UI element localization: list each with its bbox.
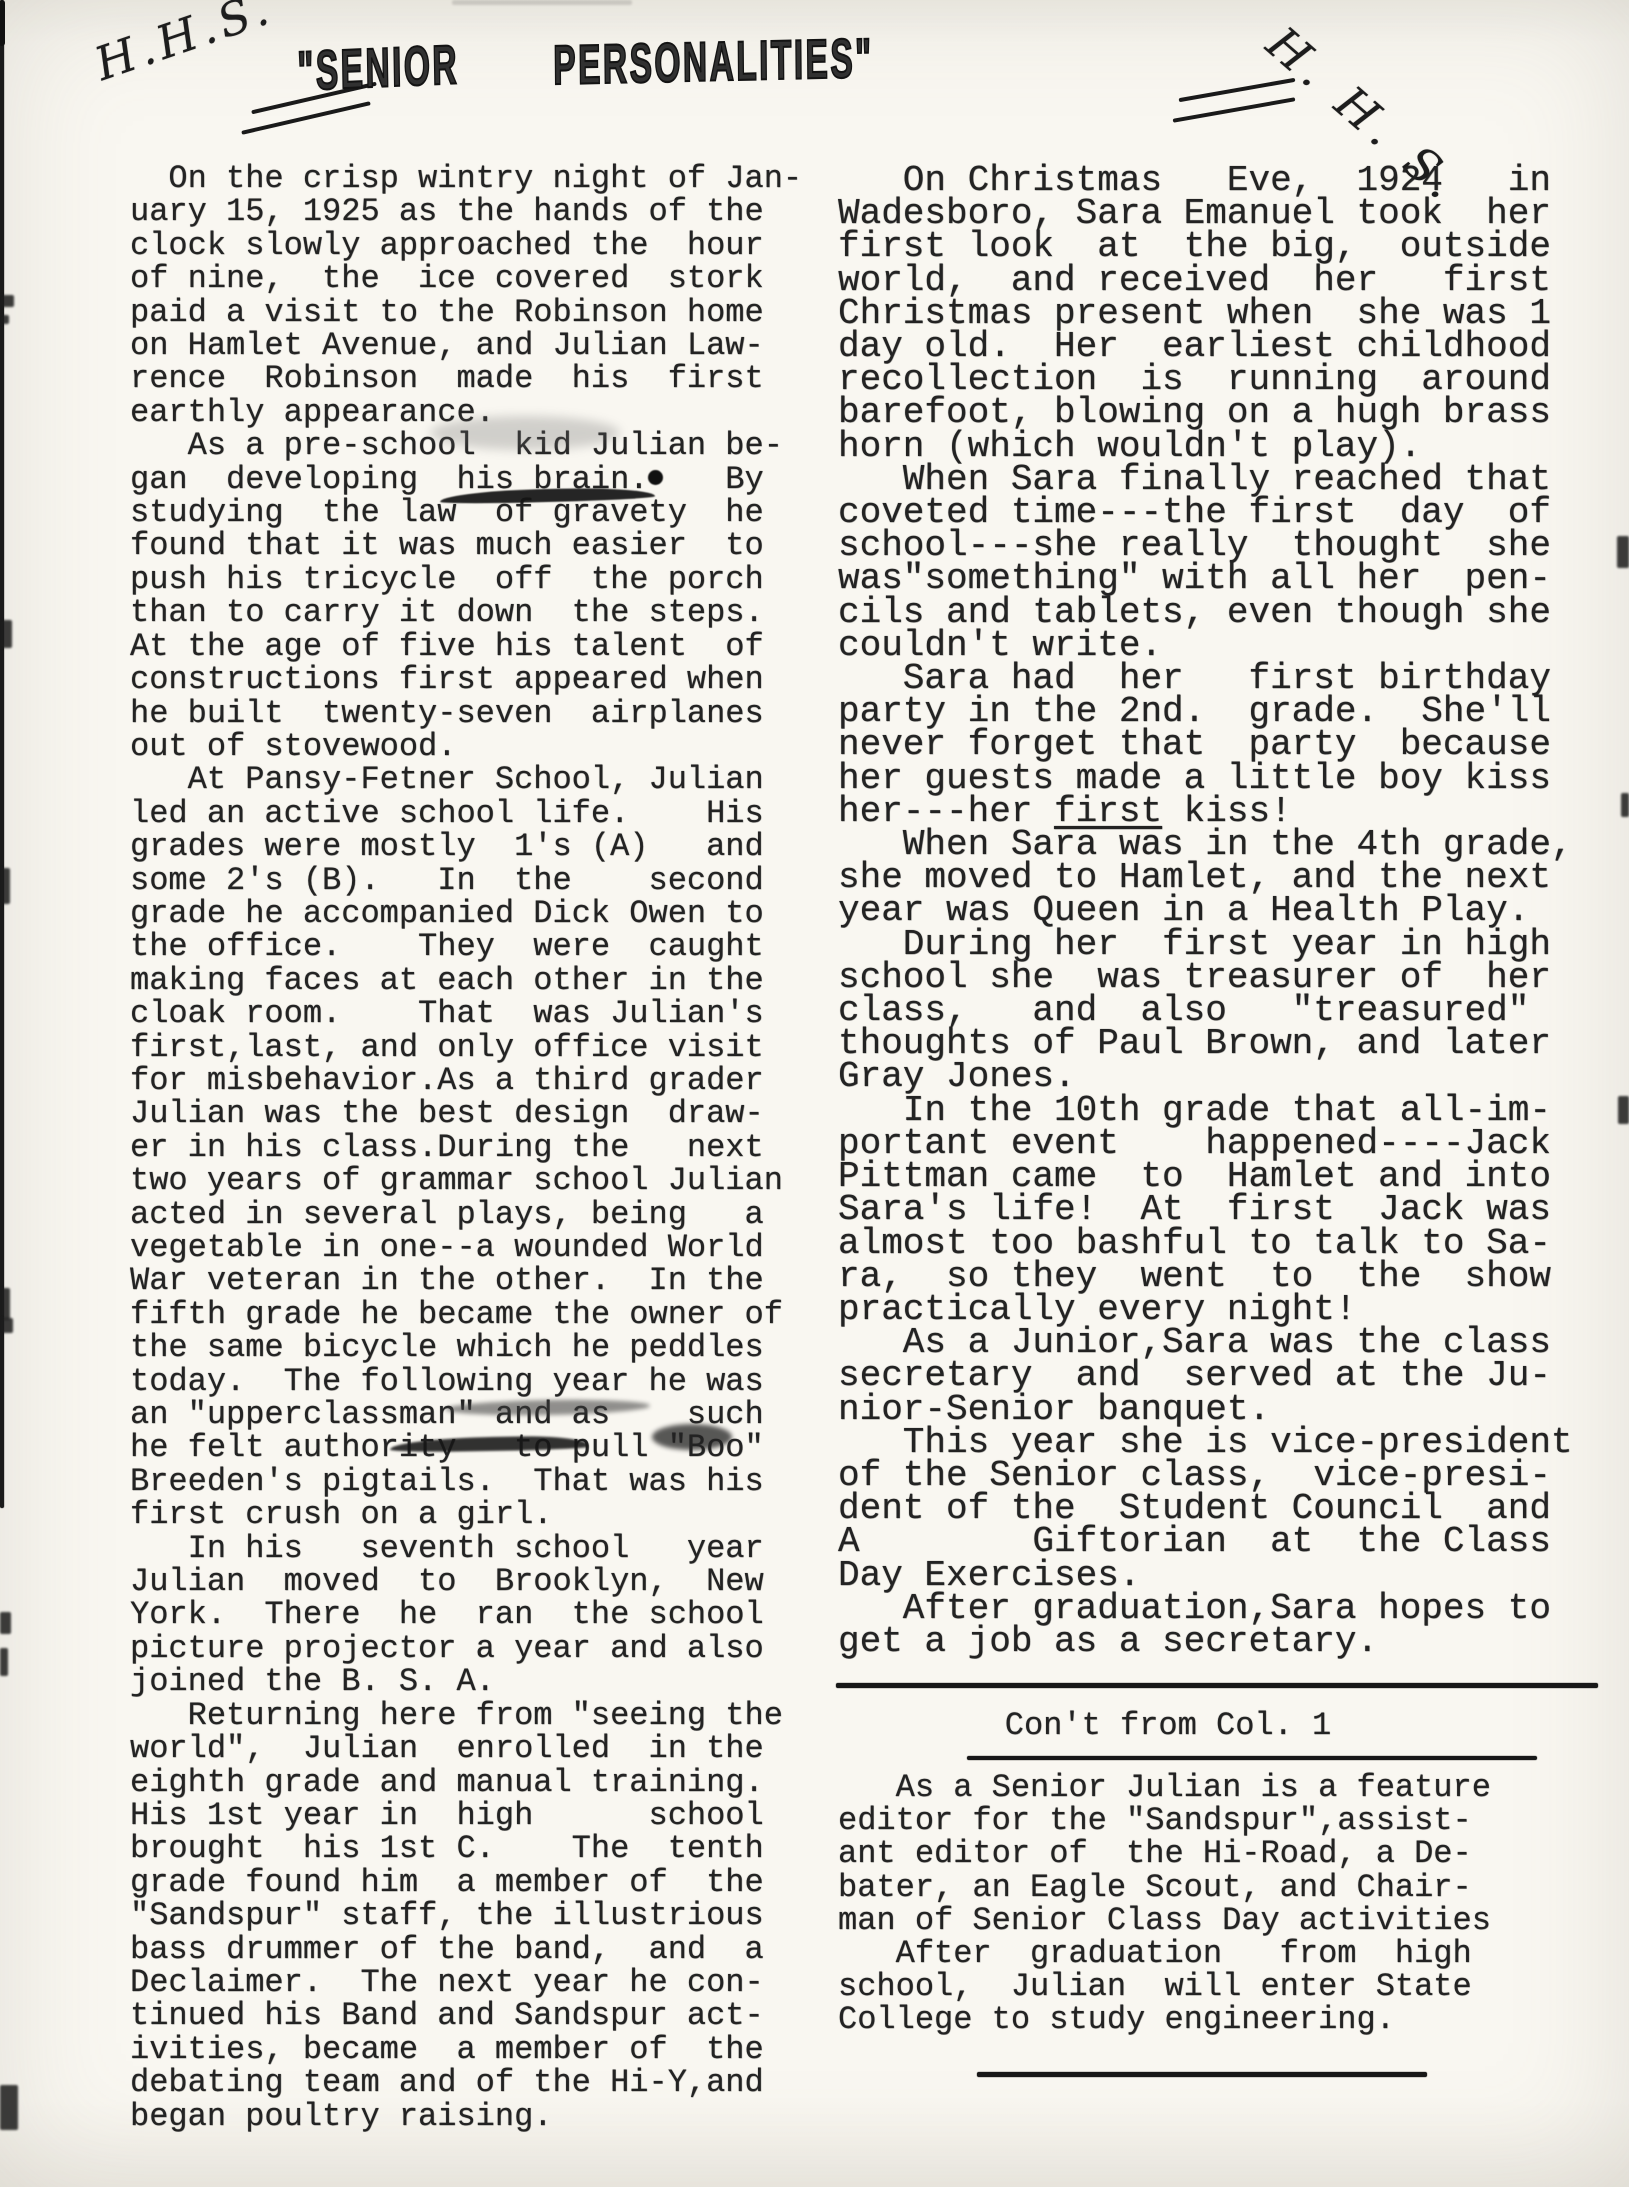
typewritten-line: making faces at each other in the xyxy=(130,964,802,997)
typewritten-line: In his seventh school year xyxy=(130,1532,802,1565)
typewritten-line: acted in several plays, being a xyxy=(130,1198,802,1231)
typewritten-line: ant editor of the Hi-Road, a De- xyxy=(838,1837,1491,1870)
typewritten-line: After graduation,Sara hopes to xyxy=(838,1592,1573,1625)
typewritten-line: editor for the "Sandspur",assist- xyxy=(838,1804,1491,1837)
typewritten-line: grades were mostly 1's (A) and xyxy=(130,830,802,863)
bottom-rule xyxy=(977,2072,1427,2077)
typewritten-line: found that it was much easier to xyxy=(130,529,802,562)
typewritten-line: Gray Jones. xyxy=(838,1060,1573,1093)
typewritten-line: year was Queen in a Health Play. xyxy=(838,894,1573,927)
typewritten-line: College to study engineering. xyxy=(838,2003,1491,2036)
typewritten-line: er in his class.During the next xyxy=(130,1131,802,1164)
typewritten-line: of nine, the ice covered stork xyxy=(130,262,802,295)
typewritten-line: eighth grade and manual training. xyxy=(130,1766,802,1799)
scan-artifact xyxy=(0,2085,18,2130)
typewritten-line: first crush on a girl. xyxy=(130,1498,802,1531)
typewritten-line: cloak room. That was Julian's xyxy=(130,997,802,1030)
column-1-text: On the crisp wintry night of Jan-uary 15… xyxy=(130,162,802,2133)
column-2-text: On Christmas Eve, 1924 inWadesboro, Sara… xyxy=(838,164,1573,1658)
typewritten-line: bater, an Eagle Scout, and Chair- xyxy=(838,1871,1491,1904)
typewritten-line: A Giftorian at the Class xyxy=(838,1525,1573,1558)
typewritten-line: constructions first appeared when xyxy=(130,663,802,696)
typewritten-line: Julian moved to Brooklyn, New xyxy=(130,1565,802,1598)
typewritten-line: As a Senior Julian is a feature xyxy=(838,1771,1491,1804)
typewritten-line: bass drummer of the band, and a xyxy=(130,1933,802,1966)
typewritten-line: led an active school life. His xyxy=(130,797,802,830)
scan-artifact xyxy=(0,1318,13,1333)
typewritten-line: horn (which wouldn't play). xyxy=(838,430,1573,463)
typewritten-line: secretary and served at the Ju- xyxy=(838,1359,1573,1392)
typewritten-line: on Hamlet Avenue, and Julian Law- xyxy=(130,329,802,362)
scanned-newspaper-page: H.H.S. "SENIOR PERSONALITIES" H. H. S. O… xyxy=(0,0,1629,2187)
typewritten-line: Declaimer. The next year he con- xyxy=(130,1966,802,1999)
typewritten-line: man of Senior Class Day activities xyxy=(838,1904,1491,1937)
typewritten-line: some 2's (B). In the second xyxy=(130,864,802,897)
typewritten-line: an "upperclassman" and as such xyxy=(130,1398,802,1431)
typewritten-line: grade he accompanied Dick Owen to xyxy=(130,897,802,930)
typewritten-line: At the age of five his talent of xyxy=(130,630,802,663)
scan-artifact xyxy=(0,1612,11,1634)
typewritten-line: War veteran in the other. In the xyxy=(130,1264,802,1297)
scan-artifact xyxy=(0,1648,8,1676)
double-slash-mark xyxy=(1173,97,1296,122)
typewritten-line: ivities, became a member of the xyxy=(130,2033,802,2066)
scan-artifact xyxy=(1621,793,1629,817)
typewritten-line: fifth grade he became the owner of xyxy=(130,1298,802,1331)
column-divider xyxy=(0,0,4,1508)
page-title-senior: "SENIOR xyxy=(297,33,460,103)
typewritten-line: push his tricycle off the porch xyxy=(130,563,802,596)
scan-artifact xyxy=(1,1288,10,1320)
double-slash-mark xyxy=(241,101,371,135)
typewritten-line: first look at the big, outside xyxy=(838,230,1573,263)
typewritten-line: During her first year in high xyxy=(838,928,1573,961)
typewritten-line: get a job as a secretary. xyxy=(838,1625,1573,1658)
continuation-text: As a Senior Julian is a featureeditor fo… xyxy=(838,1771,1491,2037)
typewritten-line: clock slowly approached the hour xyxy=(130,229,802,262)
typewritten-line: As a pre-school kid Julian be- xyxy=(130,429,802,462)
scan-artifact xyxy=(1618,1096,1629,1124)
typewritten-line: Day Exercises. xyxy=(838,1559,1573,1592)
typewritten-line: almost too bashful to talk to Sa- xyxy=(838,1227,1573,1260)
typewritten-line: grade found him a member of the xyxy=(130,1866,802,1899)
typewritten-line: Sara's life! At first Jack was xyxy=(838,1193,1573,1226)
typewritten-line: uary 15, 1925 as the hands of the xyxy=(130,195,802,228)
scan-artifact xyxy=(452,0,632,5)
typewritten-line: vegetable in one--a wounded World xyxy=(130,1231,802,1264)
continuation-heading: Con't from Col. 1 xyxy=(838,1706,1498,1746)
typewritten-line: for misbehavior.As a third grader xyxy=(130,1064,802,1097)
typewritten-line: Julian was the best design draw- xyxy=(130,1097,802,1130)
scan-artifact xyxy=(0,620,12,648)
typewritten-line: rence Robinson made his first xyxy=(130,362,802,395)
typewritten-line: school, Julian will enter State xyxy=(838,1970,1491,2003)
typewritten-line: picture projector a year and also xyxy=(130,1632,802,1665)
page-title-personalities: PERSONALITIES" xyxy=(553,27,874,98)
typewritten-line: barefoot, blowing on a hugh brass xyxy=(838,396,1573,429)
hhs-left-handwritten-mark: H.H.S. xyxy=(88,0,280,91)
typewritten-line: first,last, and only office visit xyxy=(130,1031,802,1064)
typewritten-line: paid a visit to the Robinson home xyxy=(130,296,802,329)
scan-artifact xyxy=(1617,536,1629,568)
typewritten-line: he built twenty-seven airplanes xyxy=(130,697,802,730)
section-rule xyxy=(836,1683,1598,1688)
typewritten-line: world", Julian enrolled in the xyxy=(130,1732,802,1765)
typewritten-line: studying the law of gravety he xyxy=(130,496,802,529)
heading-underline xyxy=(967,1756,1537,1760)
typewritten-line: This year she is vice-president xyxy=(838,1426,1573,1459)
typewritten-line: was"something" with all her pen- xyxy=(838,562,1573,595)
typewritten-line: today. The following year he was xyxy=(130,1365,802,1398)
typewritten-line: His 1st year in high school xyxy=(130,1799,802,1832)
typewritten-line: the same bicycle which he peddles xyxy=(130,1331,802,1364)
typewritten-line: began poultry raising. xyxy=(130,2100,802,2133)
typewritten-line: After graduation from high xyxy=(838,1937,1491,1970)
scan-artifact xyxy=(0,315,9,324)
typewritten-line: gan developing his brain. By xyxy=(130,463,802,496)
typewritten-line: ra, so they went to the show xyxy=(838,1260,1573,1293)
typewritten-line: At Pansy-Fetner School, Julian xyxy=(130,763,802,796)
typewritten-line: than to carry it down the steps. xyxy=(130,596,802,629)
typewritten-line: earthly appearance. xyxy=(130,396,802,429)
typewritten-line: two years of grammar school Julian xyxy=(130,1164,802,1197)
scan-artifact xyxy=(0,295,14,307)
typewritten-line: In the 10th grade that all-im- xyxy=(838,1094,1573,1127)
typewritten-line: he felt authority to pull "Boo" xyxy=(130,1431,802,1464)
typewritten-line: Returning here from "seeing the xyxy=(130,1699,802,1732)
typewritten-line: the office. They were caught xyxy=(130,930,802,963)
typewritten-line: world, and received her first xyxy=(838,264,1573,297)
scan-artifact xyxy=(0,868,10,904)
typewritten-line: On the crisp wintry night of Jan- xyxy=(130,162,802,195)
typewritten-line: "Sandspur" staff, the illustrious xyxy=(130,1899,802,1932)
typewritten-line: never forget that party because xyxy=(838,728,1573,761)
typewritten-line: out of stovewood. xyxy=(130,730,802,763)
typewritten-line: Breeden's pigtails. That was his xyxy=(130,1465,802,1498)
double-slash-mark xyxy=(1179,78,1296,102)
typewritten-line: brought his 1st C. The tenth xyxy=(130,1832,802,1865)
typewritten-line: cils and tablets, even though she xyxy=(838,596,1573,629)
typewritten-line: nior-Senior banquet. xyxy=(838,1393,1573,1426)
typewritten-line: debating team and of the Hi-Y,and xyxy=(130,2066,802,2099)
typewritten-line: joined the B. S. A. xyxy=(130,1665,802,1698)
typewritten-line: York. There he ran the school xyxy=(130,1598,802,1631)
typewritten-line: tinued his Band and Sandspur act- xyxy=(130,1999,802,2032)
